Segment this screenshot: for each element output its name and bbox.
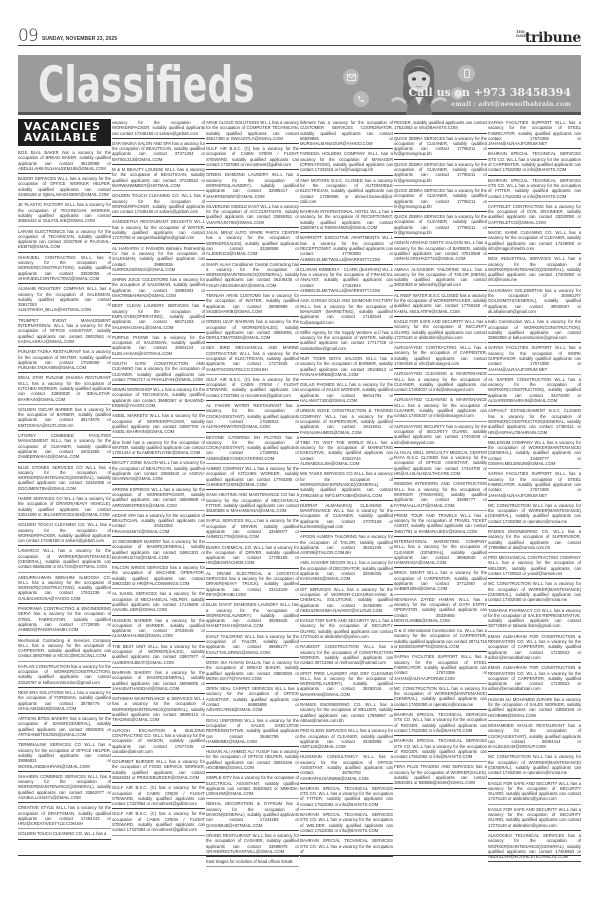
- classified-ad: ALSHAIB ROASTERY COMPANY W.L.L has a vac…: [18, 285, 111, 315]
- classified-ad: GOLDEN TOUCH CLEANING CO. W.L.L has a: [18, 830, 111, 839]
- classified-ad: ALRUSAYYED CONTRACTING W.L.L has a vacan…: [394, 344, 487, 369]
- newspaper-logo: THE DAILYtribune: [516, 30, 581, 46]
- classified-ad: KAFLAN CONSTRUCTION has a vacancy for th…: [18, 663, 111, 688]
- classified-ad: TEKNIAH ARAB CUSTOMS has a vacancy for t…: [206, 292, 299, 317]
- classified-ad: QUICK ZEBRA SERVICES has a vacancy for t…: [394, 135, 487, 160]
- classified-ad: IDEAL STAR PUNJABI DHASKA RESTURANT W.L.…: [18, 374, 111, 404]
- classified-ad: GREEN LEAF BAHRAIN has a vacancy for the…: [206, 318, 299, 343]
- page-number: 09: [18, 28, 38, 45]
- column-3: ARAB CLOUD SOLUTIONS W.L.L has a vacancy…: [206, 119, 299, 898]
- classified-ad: JALAL MRAZ AUTO SPARE PARTS CENTER has a…: [206, 229, 299, 259]
- classified-ad: JK PLASTIC FACTORY W.L.L has a vacancy f…: [18, 201, 111, 226]
- classified-ad: HUSAIN ALI MOHAMED ZUFAIRI has a vacancy…: [488, 696, 581, 721]
- classified-ad: HUSAIN ALI AHMED ALI YUSUF has a vacancy…: [206, 748, 299, 773]
- classified-ad: TERMINALINK SERVICES CO W.L.L has a vaca…: [18, 741, 111, 771]
- classified-ad: GRAND RESTAURANT W.L.L has a vacancy for…: [206, 832, 299, 857]
- classified-ad: AKDAR SPA has a vacancy for the occupati…: [112, 512, 205, 537]
- classified-ad: CLARAN KIMBERLY - CLARK (BAHRAIN) W.L.L …: [300, 266, 393, 296]
- classifieds-banner: Classifieds Call us on +973 38458394 ema…: [18, 55, 581, 115]
- issue-date: SUNDAY, NOVEMBER 23, 2025: [42, 36, 117, 42]
- classified-ad: PANORAMA CONTRACTING & ENGINEERING SERVI…: [18, 605, 111, 635]
- classified-ad: vacancy for the occupation of WORKER/PAC…: [112, 119, 205, 139]
- classified-ad: AL SAFEER CONSTRUCTION W.L.L has a vacan…: [488, 376, 581, 406]
- classified-ad: PUNJABI TADKA RESTAURANT has a vacancy f…: [18, 348, 111, 373]
- classified-ad: QUICK ZEBRA SERVICES has a vacancy for t…: [394, 161, 487, 186]
- classified-ad: BAHRAIN SPECIAL TECHNICAL SERVICES STS C…: [300, 811, 393, 836]
- classified-ad: RIGGER, suitably qualified applicants ca…: [394, 119, 487, 134]
- heading-line-2: AVAILABLE: [24, 132, 105, 143]
- classified-ad: ALROOH EXCAVATION & BUILDING CONTRACTING…: [112, 727, 205, 757]
- classified-ad: HAMIR SERVICES CO W.L.L has a vacancy fo…: [18, 495, 111, 520]
- classified-ad: M & M BEAUTY LOUNGE W.L.L has a vacancy …: [112, 166, 205, 191]
- classified-ad: EAGLE FOR SAFE AND SECURITY W.L.L has a …: [300, 617, 393, 642]
- classified-ad: AL HILAL WELL SPECIALTY MEDICAL CENTER R…: [394, 449, 487, 479]
- classified-ad: Kafu Construction W.L.L has a vacancy fo…: [488, 318, 581, 343]
- ad-list: SAFINA FACILITIES SUPPORT W.L.L has a va…: [488, 119, 581, 862]
- classified-ad: MARRIOTT EXECUTIVE APARTMENTS W.L.L has …: [300, 234, 393, 264]
- classified-ad: RIOAJ UNIFORMS W.L.L has a vacancy for t…: [206, 717, 299, 747]
- classified-ad: SANA HEATING AND MAINTENANCE CO has a va…: [206, 491, 299, 516]
- call-us-phone: Call us on +973 38458394: [409, 86, 572, 99]
- classified-ad: BLUE OAYAT DIAMONDS LAUNDRY W.L.L has a …: [206, 601, 299, 631]
- logo-wordmark: tribune: [525, 30, 581, 46]
- column-1: VACANCIES AVAILABLE BOJI BLAL BAKER has …: [18, 119, 111, 898]
- classified-ad: QUICK ZEBRA SERVICES has a vacancy for t…: [394, 187, 487, 212]
- classified-ad: NEW ERA SOLUTIONS W.L.L has a vacancy fo…: [18, 689, 111, 714]
- classified-ad: ARTISAN BITES BAKERY has a vacancy for t…: [18, 715, 111, 740]
- phone-icon: [353, 91, 369, 107]
- classified-ad: PURPLE PHONE has a vacancy for the occup…: [112, 334, 205, 359]
- classified-ad: RAMSIS ENGINEERING CO. W.L.L has a vacan…: [300, 701, 393, 726]
- classified-ad: ALRUSAYYED CLEANING & MAINTENANCE W.L.L …: [394, 370, 487, 395]
- classified-ad: GREEN DIAMOND LAUNDRY W.L.L has a vacanc…: [206, 171, 299, 201]
- classified-ad: EAGLE FOR SAFE AND SECURITY W.L.L has a …: [488, 806, 581, 831]
- classified-ad: BAHRAIN BAKERY has a vacancy for the occ…: [112, 669, 205, 694]
- classified-ad: OSLAJI PHONES W.L.L has a vacancy for th…: [300, 381, 393, 406]
- classified-ad: CREATIVE STYLE W.L.L has a vacancy for t…: [18, 804, 111, 829]
- classified-ad: ARAB CLOUD SOLUTIONS W.L.L has a vacancy…: [206, 119, 299, 144]
- classified-ad: SANGEETHA RESTAURANT DELIGHTS W.L.L has …: [112, 218, 205, 243]
- classified-ad: ABDURRAHMAN EBRAHIM ALMOOSA CO. W.L.L ha…: [18, 574, 111, 604]
- classified-ad: AL HARAFEH 2 FASHION Bahraini Partnershi…: [112, 245, 205, 275]
- classified-ad: BLUE STONES SERVICES CO W.L.L has a vaca…: [18, 464, 111, 494]
- classified-ad: ASPHALT ESTABLISHMENT B.S.C CLOSED has a…: [488, 407, 581, 437]
- classified-ad: APOON ALMEFA TAILORING has a vacancy for…: [300, 533, 393, 558]
- classified-ad: MC CONSTRUCTION W.L.L has a vacancy for …: [488, 753, 581, 778]
- classified-ad: GOLDEN TOUCH CLEANING CO. W.L.L has a va…: [112, 192, 205, 217]
- classified-ad: DAR MASKA SALON AND SPA has a vacancy fo…: [112, 140, 205, 165]
- classified-ad: PRO MECHANICAL CONTRACTING COMPANY W.L.L…: [488, 554, 581, 579]
- operator-illustration: [388, 55, 450, 115]
- classified-ad: EAGLE FOR SAFE AND SECURITY W.L.L has a …: [488, 780, 581, 805]
- classified-ad: DURRAT ALMANARAQ CLEANING & MAINTENANCE …: [300, 502, 393, 532]
- classified-ad: THE BEST UNIT W.L.L has a vacancy for th…: [112, 643, 205, 668]
- classified-ad: NIDHAL DECORATION & GYPSUM has a vacancy…: [206, 800, 299, 830]
- classified-ad: BOJI BLAL BAKER has a vacancy for the oc…: [18, 149, 111, 174]
- classified-ad: GULF AIR B.S.C. (C) has a vacancy for th…: [206, 145, 299, 170]
- classified-ad: ALHAKIMAH GOLDSMITHS has a vacancy for t…: [488, 287, 581, 317]
- classified-ad: URBAN EDGE CONSTRUCTION & TRADING COMPAN…: [300, 407, 393, 437]
- classified-ad: ARROW EXPRESS W.L.L has a vacancy for th…: [112, 486, 205, 511]
- classified-ad: GULF AIR B.S.C. (C) has a vacancy for th…: [112, 784, 205, 809]
- classified-ad: TIME TO VISIT THE WORLD W.L.L has a vaca…: [300, 439, 393, 469]
- classified-ad: NEVAEHAA ZAYED HAMAN W.L.L has a vacancy…: [394, 596, 487, 626]
- classified-ad: BAHRAIN SPECIAL TECHNICAL SERVICES STS C…: [300, 785, 393, 810]
- classified-ad: GOLDEN TOUCH CLEANING CO. W.L.L has a va…: [18, 521, 111, 546]
- classified-ad: BEYOND CATERING BH PLOTED has a vacancy …: [206, 434, 299, 464]
- classified-ad: BAHRAIN INTERNATIONAL HOTEL W.L.L has a …: [300, 208, 393, 233]
- classified-ad: MC CONSTRUCTION W.L.L has a vacancy for …: [488, 502, 581, 527]
- classified-ad: LITGREY COMBINED FACILITIES MANAGEMENT W…: [18, 432, 111, 462]
- classified-ad: EMAN ALBAHRAIN FOR CONSTRUCTION & RENOVA…: [488, 633, 581, 663]
- classified-ad: MC CONSTRUCTION W.L.L has a vacancy for …: [394, 685, 487, 710]
- classified-ad: SILVERLINE MIDDLE EAST W.L.L has a vacan…: [206, 203, 299, 228]
- classified-ad: GULF AIR B.S.C. (C) has a vacancy for th…: [206, 376, 299, 401]
- classified-ad: ADNAN ARSHAD GENTS SALOON W.L.L has a va…: [394, 239, 487, 264]
- classified-ad: SOUTH GATE CONSTRUCTION AND CLEANING has…: [112, 360, 205, 385]
- classified-ad: FERA PLUS TRADING AND SERVICES has a vac…: [394, 763, 487, 788]
- classified-ad: AL SAHEL SERVICES has a vacancy for the …: [112, 590, 205, 615]
- classified-ad: BAHRAIN SPECIAL TECHNICAL SERVICES STS C…: [488, 177, 581, 202]
- classified-ad: ALRUSAYYED SECURITY has a vacancy for th…: [394, 423, 487, 448]
- classified-ad: SEWIN WORKSHOP W.L.L has a vacancy for t…: [112, 386, 205, 411]
- classified-ad: BUSRA CHEMICAL CO. W.L.L has a vacancy f…: [206, 544, 299, 569]
- classified-ad: SIMPLE KITY has a vacancy for the occupa…: [206, 774, 299, 799]
- contact-email: email : advt@newsofbahrain.com: [451, 101, 571, 108]
- classified-ad: RAJBOOT CONSTRUCTION W.L.L has a vacancy…: [300, 643, 393, 668]
- column-5: RIGGER, suitably qualified applicants ca…: [394, 119, 487, 898]
- classified-ad: Stiffer Agency for the Supply Workers w.…: [300, 329, 393, 354]
- classified-ad: EXALT TAILORING W.L.L has a vacancy for …: [206, 633, 299, 658]
- classified-ad: BAHRAIN SPECIAL TECHNICAL SERVICES STS C…: [488, 150, 581, 175]
- classified-ad: MOX INDUSTRIAL SERVICES W.L.L has a vaca…: [488, 255, 581, 285]
- classified-ad: EMAN ALBAHRAIN FOR CONSTRUCTION & RENOVA…: [488, 664, 581, 694]
- classified-ad: dine hotel has a vacancy for the occupat…: [112, 439, 205, 459]
- page-bottom-rule: [18, 855, 581, 856]
- classified-ad: SAIFUL SERVICES W.L.L has a vacancy for …: [206, 517, 299, 542]
- classified-ad: NUR TIGER BOYS SALOON W.L.L has a vacanc…: [300, 355, 393, 380]
- classified-ad: LARAIB ELECTRONICS has a vacancy for the…: [18, 228, 111, 253]
- classified-ad: MONA ISA HASAN DALLAL has a vacancy for …: [206, 659, 299, 684]
- classified-ad: SHAFI ALAH Conditioner Central Contracti…: [206, 261, 299, 291]
- logo-prefix: THE DAILY: [516, 30, 524, 38]
- classified-ad: AL FAKHRI WATER RESTAURANT has a vacancy…: [206, 402, 299, 432]
- classified-ad: FAREEDA HOLDING COMPANY W.L.L has a vaca…: [300, 150, 393, 175]
- classified-ad: AHMED COMPANY W.L.L has a vacancy for th…: [206, 465, 299, 490]
- classified-ad: WISDOM INTERIORS AND CONSTRUCTION W.L.L …: [394, 480, 487, 510]
- classified-ad: BEST CLEAN LAUNDRY SERVICES has a vacanc…: [112, 302, 205, 332]
- ad-list: lishment has a vacancy for the occupatio…: [300, 119, 393, 857]
- classified-ad: SAFINA FACILITIES SUPPORT W.L.L has a va…: [488, 470, 581, 500]
- classified-ad: MELENIUM COMPANY W.L.L has a vacancy for…: [488, 439, 581, 469]
- classified-ad: SHARJEEL CONTRACTING W.L.L has a vacancy…: [18, 254, 111, 284]
- classified-ad: SATHWAN MAINTENANCE & SERVICES W.L.L has…: [112, 695, 205, 725]
- classified-ad: PRO KLEEN SERVICES W.L.L has a vacancy f…: [300, 727, 393, 752]
- column-6: SAFINA FACILITIES SUPPORT W.L.L has a va…: [488, 119, 581, 898]
- classified-ad: SAFINA FACILITIES SUPPORT W.L.L has a va…: [488, 119, 581, 149]
- classified-ad: LAMARCO W.L.L has a vacancy for the occu…: [18, 547, 111, 572]
- classified-ad: lishment has a vacancy for the occupatio…: [300, 119, 393, 149]
- classifieds-columns: VACANCIES AVAILABLE BOJI BLAL BAKER has …: [18, 119, 581, 898]
- envelope-icon: [343, 69, 359, 85]
- ad-list: ARAB CLOUD SOLUTIONS W.L.L has a vacancy…: [206, 119, 299, 867]
- classified-ad: ASIA GARUM GOLD AND DIAMOND FACTORY W.L.…: [300, 297, 393, 327]
- page-header: 09 SUNDAY, NOVEMBER 23, 2025 THE DAILYtr…: [18, 28, 581, 46]
- classified-ad: Mechanical Contracting & Services Compan…: [18, 637, 111, 662]
- classified-ad: HUSSNAIN CONSULTANCY W.L.L has a vacancy…: [300, 753, 393, 783]
- classified-ad: TRUMPET EVENT MANAGEMENT INTERNATIONAL W…: [18, 317, 111, 347]
- classified-ad: AL REEF WATER B.S.C CLOSED has a vacancy…: [394, 292, 487, 317]
- classified-ad: FALCON WINGS SERVICES has a vacancy for …: [112, 564, 205, 589]
- mobile-icon: [458, 65, 475, 82]
- classified-ad: GOLDEN OSCAR BARBER has a vacancy for th…: [18, 406, 111, 431]
- classified-ad: INTERNATIONAL MARKETING COMPANY W.L.L ha…: [394, 538, 487, 568]
- classified-ad: AMA MOTORS B.S.C. CLOSED has a vacancy f…: [300, 177, 393, 207]
- classified-ad: ASEEL MARKETS W.L.L has a vacancy for th…: [112, 412, 205, 437]
- classified-ad: AL ORAIBI ELECTRICAL & LOGISTICS SERVICE…: [206, 570, 299, 600]
- ad-list: RIGGER, suitably qualified applicants ca…: [394, 119, 487, 789]
- classified-ad: ALRUSAYYED CLEANING & MAINTENANCE W.L.L …: [394, 396, 487, 421]
- classified-ad: SAFINA FACILITIES SUPPORT W.L.L has a va…: [488, 344, 581, 374]
- classified-ad: BAHRAIN SPECIAL TECHNICAL SERVICES STS C…: [394, 711, 487, 736]
- classified-ad: GOURMET BURGER W.L.L has a vacancy for t…: [112, 758, 205, 783]
- classified-ad: MAGIC SHINE CLEANING CO. W.L.L has a vac…: [488, 229, 581, 254]
- classified-ad: BAHRAIN SPECIAL TECHNICAL SERVICES STS C…: [394, 737, 487, 762]
- classified-ad: MC CONSTRUCTION W.L.L has a vacancy for …: [488, 580, 581, 605]
- classified-ad: ALKOOHEJI TECHNICAL SERVICES has a vacan…: [488, 832, 581, 862]
- classified-ad: MIX TASKS SERVICES CO W.L.L has a vacanc…: [300, 470, 393, 500]
- classified-ad: 10 DECEMBER BAKERY has a vacancy for the…: [112, 538, 205, 563]
- classified-ad: BUDOR SERVICES W.L.L has a vacancy for t…: [18, 175, 111, 200]
- classified-ad: AMNAA ALGASSER TAILORING W.L.L has a vac…: [394, 266, 487, 291]
- classified-ad: G & G International Construction Co. W.L…: [394, 627, 487, 652]
- classified-ad: TABARAK PHARMACY CO W.L.L has a vacancy …: [488, 607, 581, 632]
- classified-ad: GULF AIR B.S.C. (C) has a vacancy for th…: [112, 810, 205, 835]
- classified-ad: RAMSIS ENGINEERING CO. W.L.L has a vacan…: [488, 528, 581, 553]
- classified-ad: East Stages for Activities of head offic…: [206, 858, 299, 867]
- classified-ad: EAGLE FOR SAFE AND SECURITY W.L.L has a …: [394, 318, 487, 343]
- classified-ad: QUICK ZEBRA SERVICES has a vacancy for t…: [394, 213, 487, 238]
- classified-ad: MOHAMMED KHALID RESTAURANT has a vacancy…: [488, 722, 581, 752]
- classified-ad: SHAHEEN COMBINED SERVICES W.L.L has a va…: [18, 773, 111, 803]
- classified-ad: SAFINA FACILITIES SUPPORT W.L.L has a va…: [394, 653, 487, 683]
- ad-list: vacancy for the occupation of WORKER/PAC…: [112, 119, 205, 836]
- classified-ad: BEAUTY ZONE SALON W.L.L has a vacancy fo…: [112, 459, 205, 484]
- column-2: vacancy for the occupation of WORKER/PAC…: [112, 119, 205, 898]
- vacancies-heading: VACANCIES AVAILABLE: [18, 119, 111, 146]
- classified-ad: SEA BIRD MECHANICAL AND MARINE CONTRACTI…: [206, 344, 299, 374]
- classified-ad: SPOT FREE LAUNDRY AND DRY CLEANING W.L.L…: [300, 670, 393, 700]
- classified-ad: AMIL KASHER DECOR W.L.L has a vacancy fo…: [300, 559, 393, 584]
- section-title: Classifieds: [38, 59, 255, 111]
- classified-ad: HUSSEIN BARBER has a vacancy for the occ…: [112, 617, 205, 642]
- classified-ad: BRICK SMART W.L.L has a vacancy for the …: [394, 569, 487, 594]
- column-4: lishment has a vacancy for the occupatio…: [300, 119, 393, 898]
- classified-ad: PRISM TOUR AND TRAVELS W.L.L has a vacan…: [394, 512, 487, 537]
- classified-ad: GIT SERVICES W.L.L has a vacancy for the…: [300, 586, 393, 616]
- classified-ad: OPEN SEAL CARPET SERVICES W.L.L has a va…: [206, 685, 299, 715]
- ad-list: BOJI BLAL BAKER has a vacancy for the oc…: [18, 149, 111, 840]
- classified-ad: SHIRIN JUICE COLDSTORE has a vacancy for…: [112, 276, 205, 301]
- classified-ad: CAPITELET CONTRACTING has a vacancy for …: [488, 203, 581, 228]
